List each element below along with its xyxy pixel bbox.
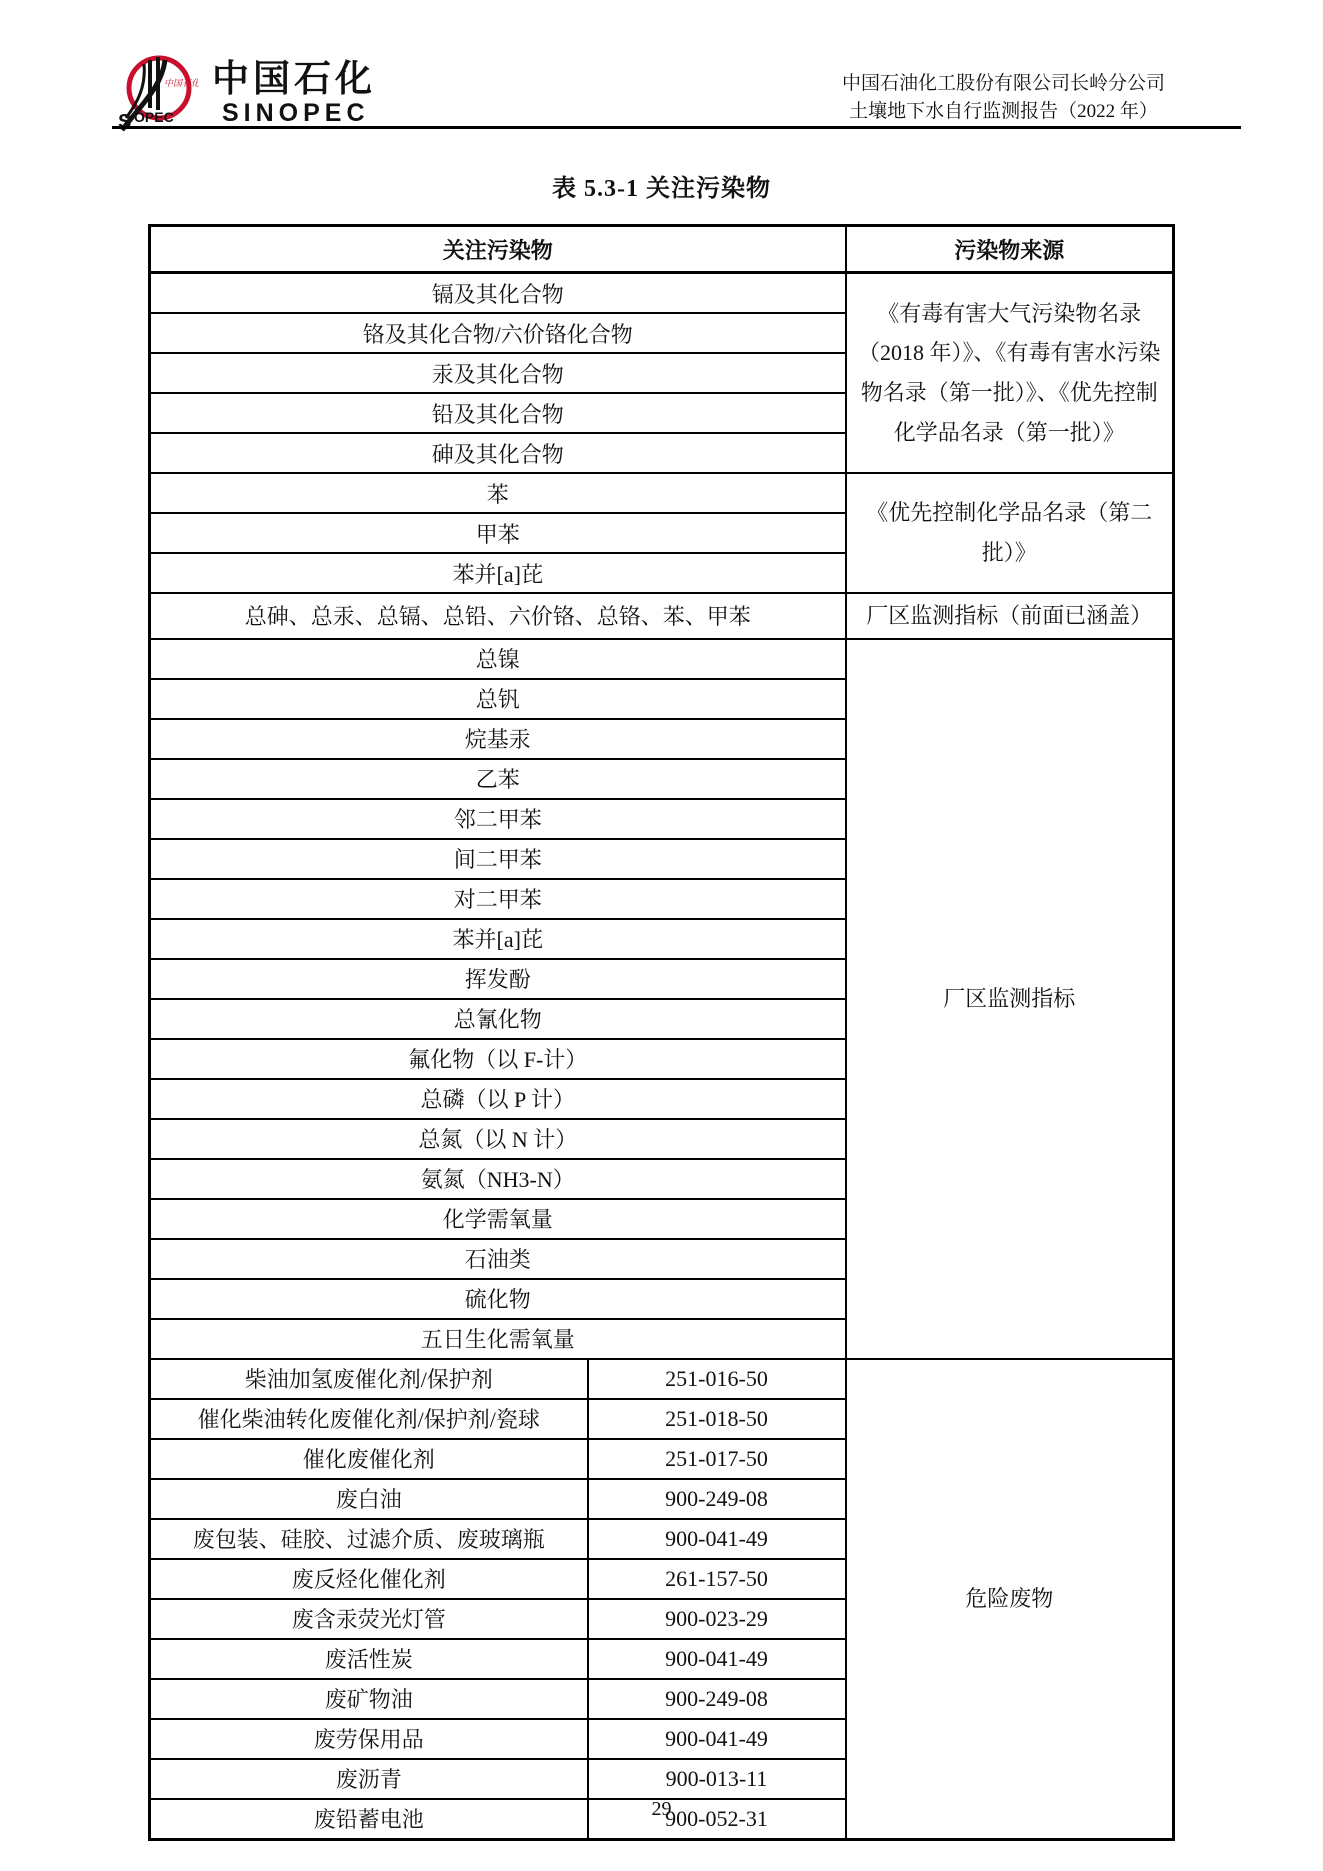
pollutant-cell: 苯并[a]芘: [150, 919, 846, 959]
pollutant-cell: 总砷、总汞、总镉、总铅、六价铬、总铬、苯、甲苯: [150, 593, 846, 639]
report-header-text: 中国石油化工股份有限公司长岭分公司 土壤地下水自行监测报告（2022 年）: [842, 70, 1165, 126]
waste-code-cell: 900-249-08: [588, 1679, 846, 1719]
waste-code-cell: 900-041-49: [588, 1719, 846, 1759]
source-cell: 厂区监测指标: [846, 639, 1174, 1359]
table-header-row: 关注污染物 污染物来源: [150, 226, 1174, 273]
document-page: 中国石化 OPEC S 中国石化 SINOPEC 中国石油化工股份有限公司长岭分…: [0, 0, 1323, 1871]
waste-name-cell: 废活性炭: [150, 1639, 588, 1679]
source-cell: 厂区监测指标（前面已涵盖）: [846, 593, 1174, 639]
org-name: 中国石油化工股份有限公司长岭分公司: [842, 70, 1165, 98]
svg-text:OPEC: OPEC: [134, 109, 174, 125]
logo-cn-text: 中国石化: [212, 60, 376, 97]
waste-code-cell: 261-157-50: [588, 1559, 846, 1599]
page-number: 29: [0, 1798, 1323, 1821]
waste-code-cell: 251-016-50: [588, 1359, 846, 1399]
source-cell: 《有毒有害大气污染物名录（2018 年）》、《有毒有害水污染物名录（第一批）》、…: [846, 273, 1174, 474]
table-row: 镉及其化合物 《有毒有害大气污染物名录（2018 年）》、《有毒有害水污染物名录…: [150, 273, 1174, 314]
pollutant-cell: 对二甲苯: [150, 879, 846, 919]
pollutant-cell: 汞及其化合物: [150, 353, 846, 393]
source-cell: 《优先控制化学品名录（第二批）》: [846, 473, 1174, 593]
waste-name-cell: 废劳保用品: [150, 1719, 588, 1759]
waste-code-cell: 900-041-49: [588, 1639, 846, 1679]
waste-code-cell: 900-249-08: [588, 1479, 846, 1519]
pollutant-cell: 挥发酚: [150, 959, 846, 999]
pollutant-cell: 总氰化物: [150, 999, 846, 1039]
pollutant-cell: 铅及其化合物: [150, 393, 846, 433]
pollutant-cell: 化学需氧量: [150, 1199, 846, 1239]
column-header-pollutant: 关注污染物: [150, 226, 846, 273]
pollutant-cell: 苯并[a]芘: [150, 553, 846, 593]
source-cell: 危险废物: [846, 1359, 1174, 1840]
svg-text:中国石化: 中国石化: [164, 78, 198, 89]
waste-name-cell: 催化柴油转化废催化剂/保护剂/瓷球: [150, 1399, 588, 1439]
waste-name-cell: 催化废催化剂: [150, 1439, 588, 1479]
table-title: 表 5.3-1 关注污染物: [0, 168, 1323, 203]
pollutant-cell: 石油类: [150, 1239, 846, 1279]
waste-code-cell: 900-013-11: [588, 1759, 846, 1799]
pollutant-cell: 总氮（以 N 计）: [150, 1119, 846, 1159]
logo-en-text: SINOPEC: [222, 101, 376, 126]
pollutant-cell: 砷及其化合物: [150, 433, 846, 473]
header-logo: 中国石化 OPEC S 中国石化 SINOPEC: [112, 52, 376, 134]
waste-code-cell: 900-041-49: [588, 1519, 846, 1559]
pollutant-cell: 总钒: [150, 679, 846, 719]
table-row: 苯 《优先控制化学品名录（第二批）》: [150, 473, 1174, 513]
pollutant-cell: 硫化物: [150, 1279, 846, 1319]
sinopec-mark-icon: 中国石化 OPEC S: [112, 52, 198, 134]
pollutant-cell: 氟化物（以 F-计）: [150, 1039, 846, 1079]
pollutant-cell: 镉及其化合物: [150, 273, 846, 314]
report-name: 土壤地下水自行监测报告（2022 年）: [842, 98, 1165, 126]
header-rule: [112, 126, 1241, 129]
pollutant-cell: 氨氮（NH3-N）: [150, 1159, 846, 1199]
pollutant-cell: 间二甲苯: [150, 839, 846, 879]
pollutant-cell: 烷基汞: [150, 719, 846, 759]
waste-name-cell: 废含汞荧光灯管: [150, 1599, 588, 1639]
waste-name-cell: 柴油加氢废催化剂/保护剂: [150, 1359, 588, 1399]
waste-code-cell: 251-018-50: [588, 1399, 846, 1439]
waste-name-cell: 废反烃化催化剂: [150, 1559, 588, 1599]
table-row: 总砷、总汞、总镉、总铅、六价铬、总铬、苯、甲苯 厂区监测指标（前面已涵盖）: [150, 593, 1174, 639]
pollutant-cell: 乙苯: [150, 759, 846, 799]
pollutant-cell: 甲苯: [150, 513, 846, 553]
waste-name-cell: 废白油: [150, 1479, 588, 1519]
table-row: 柴油加氢废催化剂/保护剂 251-016-50 危险废物: [150, 1359, 1174, 1399]
pollutant-cell: 五日生化需氧量: [150, 1319, 846, 1359]
pollutant-cell: 苯: [150, 473, 846, 513]
waste-code-cell: 900-023-29: [588, 1599, 846, 1639]
waste-code-cell: 251-017-50: [588, 1439, 846, 1479]
waste-name-cell: 废矿物油: [150, 1679, 588, 1719]
table-row: 总镍 厂区监测指标: [150, 639, 1174, 679]
waste-name-cell: 废沥青: [150, 1759, 588, 1799]
pollutant-cell: 邻二甲苯: [150, 799, 846, 839]
pollutant-cell: 总镍: [150, 639, 846, 679]
pollutant-cell: 总磷（以 P 计）: [150, 1079, 846, 1119]
waste-name-cell: 废包装、硅胶、过滤介质、废玻璃瓶: [150, 1519, 588, 1559]
column-header-source: 污染物来源: [846, 226, 1174, 273]
svg-text:S: S: [118, 111, 131, 133]
pollutant-cell: 铬及其化合物/六价铬化合物: [150, 313, 846, 353]
pollutants-table: 关注污染物 污染物来源 镉及其化合物 《有毒有害大气污染物名录（2018 年）》…: [148, 224, 1175, 1841]
